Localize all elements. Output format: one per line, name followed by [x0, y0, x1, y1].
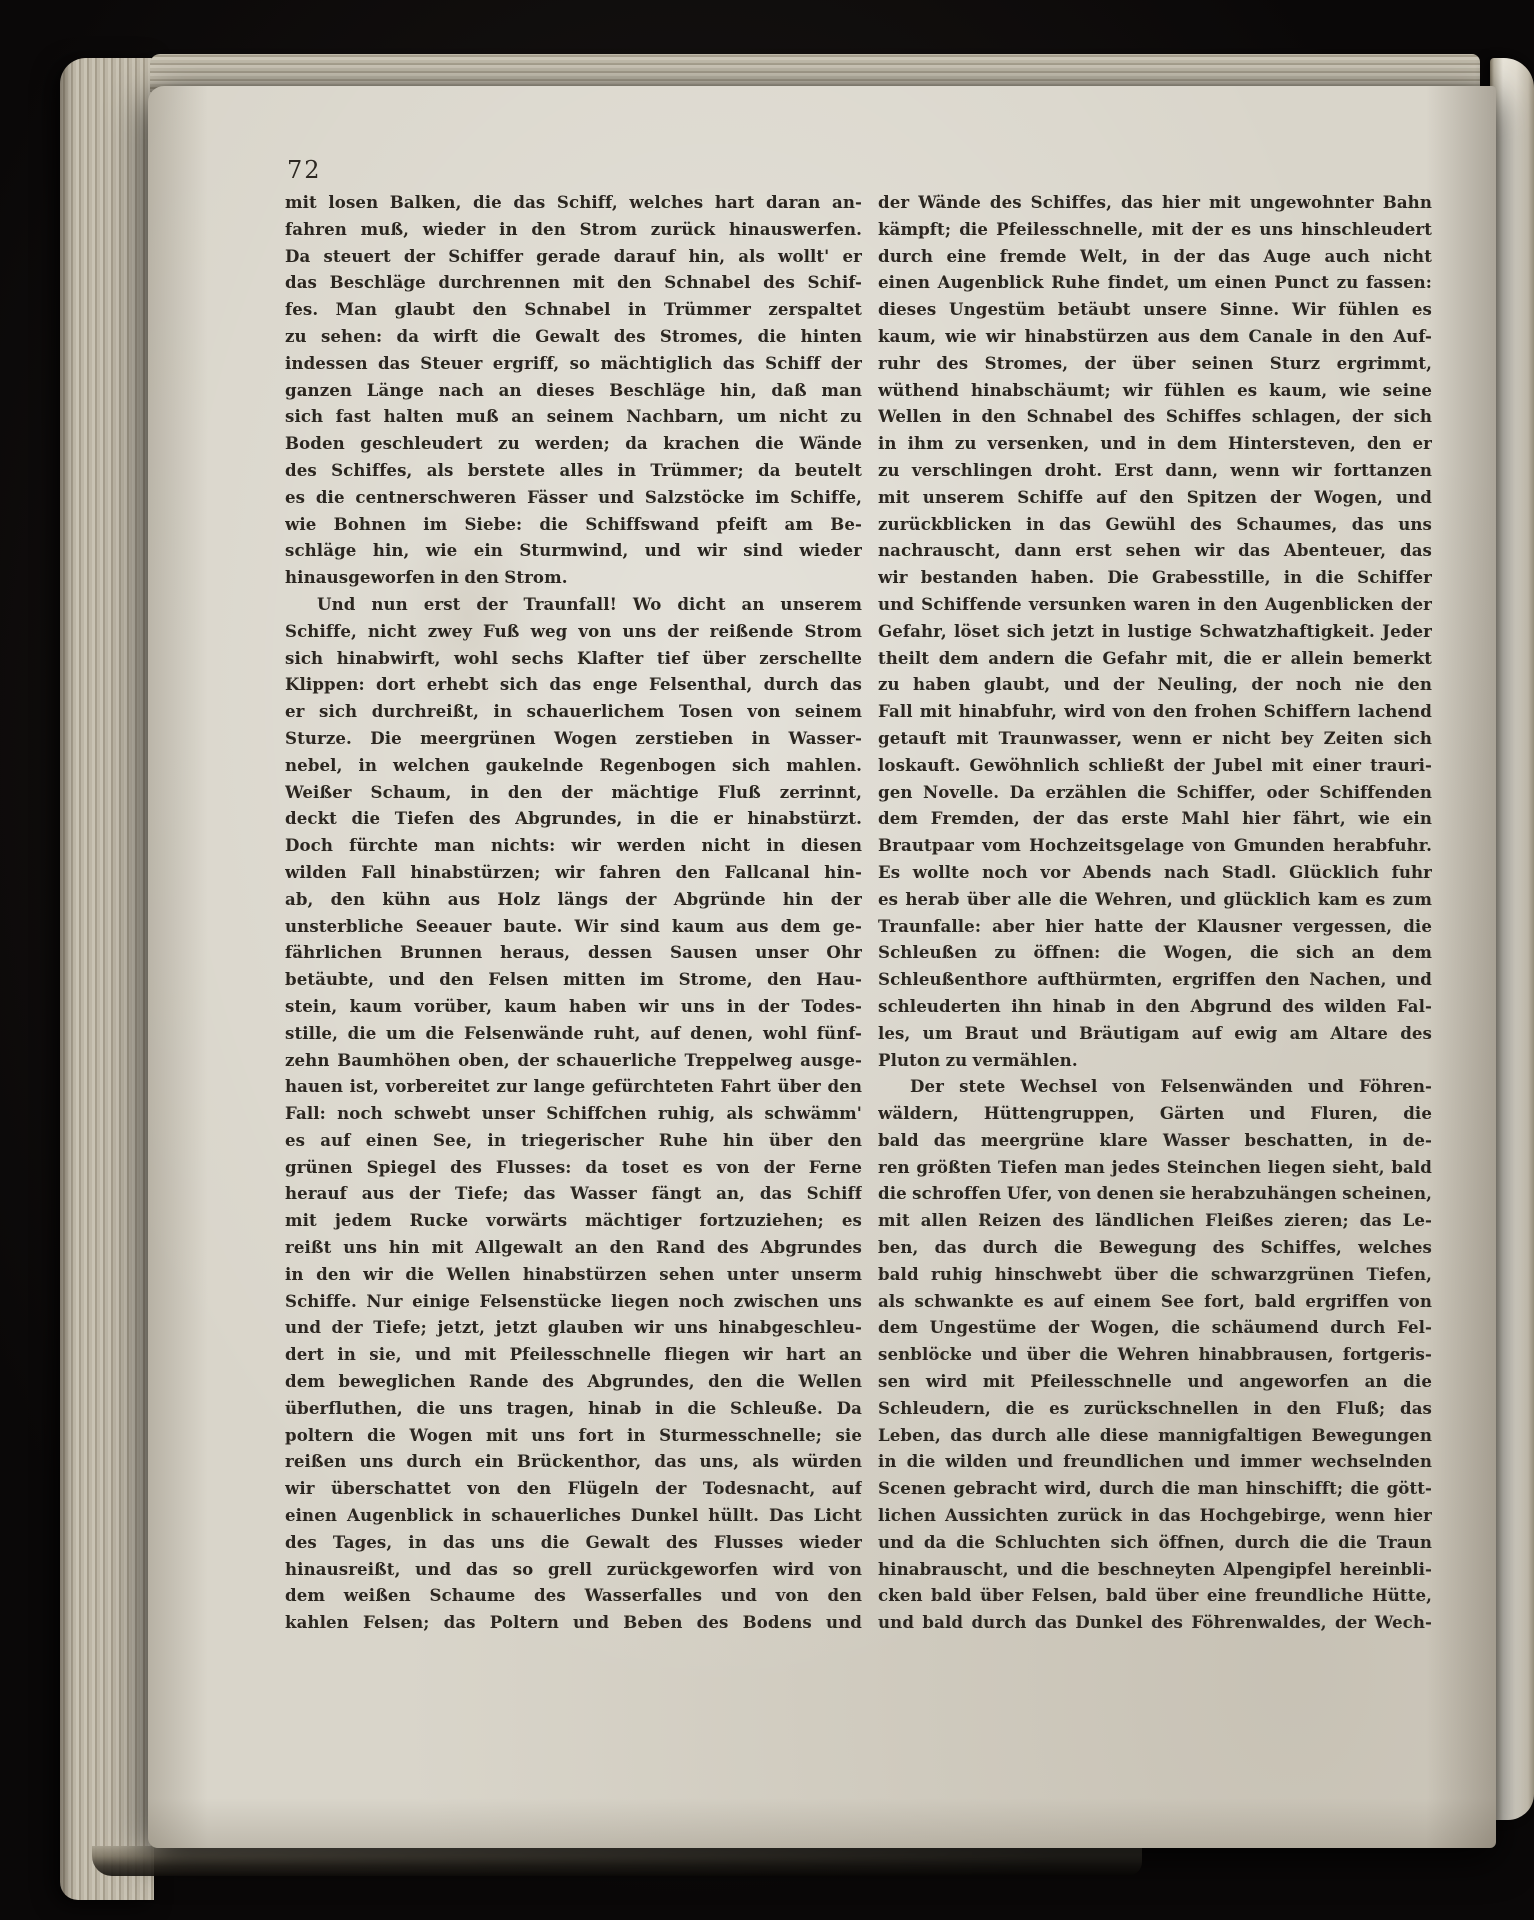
text-line: bald das meergrüne klare Wasser beschatt…: [878, 1127, 1432, 1154]
text-line: es herab über alle die Wehren, und glück…: [878, 886, 1432, 913]
text-line: mit losen Balken, die das Schiff, welche…: [285, 189, 862, 216]
text-line: dem Fremden, der das erste Mahl hier fäh…: [878, 805, 1432, 832]
text-line: sich fast halten muß an seinem Nachbarn,…: [285, 403, 862, 430]
text-line: überfluthen, die uns tragen, hinab in di…: [285, 1395, 862, 1422]
text-line: betäubte, und den Felsen mitten im Strom…: [285, 966, 862, 993]
facing-page-edge: [1490, 58, 1534, 1820]
text-line: kahlen Felsen; das Poltern und Beben des…: [285, 1609, 862, 1636]
text-line: Boden geschleudert zu werden; da krachen…: [285, 430, 862, 457]
text-line: Der stete Wechsel von Felsenwänden und F…: [878, 1073, 1432, 1100]
text-line: zehn Baumhöhen oben, der schauerliche Tr…: [285, 1047, 862, 1074]
text-line: die schroffen Ufer, von denen sie herabz…: [878, 1180, 1432, 1207]
text-line: nachrauscht, dann erst sehen wir das Abe…: [878, 537, 1432, 564]
text-line: Traunfalle: aber hier hatte der Klausner…: [878, 913, 1432, 940]
text-line: wäldern, Hüttengruppen, Gärten und Flure…: [878, 1100, 1432, 1127]
text-line: einen Augenblick in schauerliches Dunkel…: [285, 1502, 862, 1529]
text-line: sich hinabwirft, wohl sechs Klafter tief…: [285, 645, 862, 672]
text-line: fes. Man glaubt den Schnabel in Trümmer …: [285, 296, 862, 323]
text-line: Scenen gebracht wird, durch die man hins…: [878, 1475, 1432, 1502]
text-line: zurückblicken in das Gewühl des Schaumes…: [878, 511, 1432, 538]
text-line: poltern die Wogen mit uns fort in Sturme…: [285, 1422, 862, 1449]
text-line: stein, kaum vorüber, kaum haben wir uns …: [285, 993, 862, 1020]
text-line: Fall: noch schwebt unser Schiffchen ruhi…: [285, 1100, 862, 1127]
text-line: kaum, wie wir hinabstürzen aus dem Canal…: [878, 323, 1432, 350]
text-line: reißen uns durch ein Brückenthor, das un…: [285, 1448, 862, 1475]
text-line: des Schiffes, als berstete alles in Trüm…: [285, 457, 862, 484]
text-line: Weißer Schaum, in den der mächtige Fluß …: [285, 779, 862, 806]
text-line: Und nun erst der Traunfall! Wo dicht an …: [285, 591, 862, 618]
text-line: indessen das Steuer ergriff, so mächtigl…: [285, 350, 862, 377]
text-line: dem beweglichen Rande des Abgrundes, den…: [285, 1368, 862, 1395]
text-line: wüthend hinabschäumt; wir fühlen es kaum…: [878, 377, 1432, 404]
text-line: zu verschlingen droht. Erst dann, wenn w…: [878, 457, 1432, 484]
text-line: fahren muß, wieder in den Strom zurück h…: [285, 216, 862, 243]
text-line: herauf aus der Tiefe; das Wasser fängt a…: [285, 1180, 862, 1207]
text-line: les, um Braut und Bräutigam auf ewig am …: [878, 1020, 1432, 1047]
text-line: in den wir die Wellen hinabstürzen sehen…: [285, 1261, 862, 1288]
text-line: unsterbliche Seeauer baute. Wir sind kau…: [285, 913, 862, 940]
text-line: hinabrauscht, und die beschneyten Alpeng…: [878, 1556, 1432, 1583]
text-line: in die wilden und freundlichen und immer…: [878, 1448, 1432, 1475]
text-column-left: mit losen Balken, die das Schiff, welche…: [285, 189, 862, 1636]
text-line: grünen Spiegel des Flusses: da toset es …: [285, 1154, 862, 1181]
text-line: Schleußen zu öffnen: die Wogen, die sich…: [878, 939, 1432, 966]
text-line: Leben, das durch alle diese mannigfaltig…: [878, 1422, 1432, 1449]
text-line: Schleudern, die es zurückschnellen in de…: [878, 1395, 1432, 1422]
photo-backdrop: 72 mit losen Balken, die das Schiff, wel…: [0, 0, 1534, 1920]
text-line: cken bald über Felsen, bald über eine fr…: [878, 1582, 1432, 1609]
text-line: des Tages, in das uns die Gewalt des Flu…: [285, 1529, 862, 1556]
text-line: Schiffe, nicht zwey Fuß weg von uns der …: [285, 618, 862, 645]
text-line: als schwankte es auf einem See fort, bal…: [878, 1288, 1432, 1315]
text-line: bald ruhig hinschwebt über die schwarzgr…: [878, 1261, 1432, 1288]
text-line: Gefahr, löset sich jetzt in lustige Schw…: [878, 618, 1432, 645]
text-line: Da steuert der Schiffer gerade darauf hi…: [285, 243, 862, 270]
text-line: loskauft. Gewöhnlich schließt der Jubel …: [878, 752, 1432, 779]
text-line: reißt uns hin mit Allgewalt an den Rand …: [285, 1234, 862, 1261]
text-line: wir überschattet von den Flügeln der Tod…: [285, 1475, 862, 1502]
text-line: mit jedem Rucke vorwärts mächtiger fortz…: [285, 1207, 862, 1234]
text-line: Brautpaar vom Hochzeitsgelage von Gmunde…: [878, 832, 1432, 859]
text-line: wir bestanden haben. Die Grabesstille, i…: [878, 564, 1432, 591]
text-line: ruhr des Stromes, der über seinen Sturz …: [878, 350, 1432, 377]
text-line: in ihm zu versenken, und in dem Hinterst…: [878, 430, 1432, 457]
text-line: hinausreißt, und das so grell zurückgewo…: [285, 1556, 862, 1583]
text-line: gen Novelle. Da erzählen die Schiffer, o…: [878, 779, 1432, 806]
text-line: kämpft; die Pfeilesschnelle, mit der es …: [878, 216, 1432, 243]
text-line: es auf einen See, in triegerischer Ruhe …: [285, 1127, 862, 1154]
text-line: dem Ungestüme der Wogen, die schäumend d…: [878, 1314, 1432, 1341]
text-line: schleuderten ihn hinab in den Abgrund de…: [878, 993, 1432, 1020]
text-line: Pluton zu vermählen.: [878, 1047, 1432, 1074]
text-line: dem weißen Schaume des Wasserfalles und …: [285, 1582, 862, 1609]
book-fore-edge-pages: [60, 58, 154, 1900]
text-line: der Wände des Schiffes, das hier mit ung…: [878, 189, 1432, 216]
book-bottom-edge-pages: [92, 1846, 1142, 1876]
text-line: theilt dem andern die Gefahr mit, die er…: [878, 645, 1432, 672]
text-line: Klippen: dort erhebt sich das enge Felse…: [285, 671, 862, 698]
page-number: 72: [287, 156, 322, 184]
text-line: einen Augenblick Ruhe findet, um einen P…: [878, 269, 1432, 296]
text-line: hinausgeworfen in den Strom.: [285, 564, 862, 591]
text-line: Fall mit hinabfuhr, wird von den frohen …: [878, 698, 1432, 725]
text-line: mit allen Reizen des ländlichen Fleißes …: [878, 1207, 1432, 1234]
text-line: und bald durch das Dunkel des Föhrenwald…: [878, 1609, 1432, 1636]
text-line: ab, den kühn aus Holz längs der Abgründe…: [285, 886, 862, 913]
text-line: schläge hin, wie ein Sturmwind, und wir …: [285, 537, 862, 564]
text-line: Es wollte noch vor Abends nach Stadl. Gl…: [878, 859, 1432, 886]
text-line: ganzen Länge nach an dieses Beschläge hi…: [285, 377, 862, 404]
text-line: nebel, in welchen gaukelnde Regenbogen s…: [285, 752, 862, 779]
text-line: Schleußenthore aufthürmten, ergriffen de…: [878, 966, 1432, 993]
text-line: ben, das durch die Bewegung des Schiffes…: [878, 1234, 1432, 1261]
text-line: lichen Aussichten zurück in das Hochgebi…: [878, 1502, 1432, 1529]
text-line: er sich durchreißt, in schauerlichem Tos…: [285, 698, 862, 725]
text-line: senblöcke und über die Wehren hinabbraus…: [878, 1341, 1432, 1368]
text-line: zu sehen: da wirft die Gewalt des Strome…: [285, 323, 862, 350]
text-line: getauft mit Traunwasser, wenn er nicht b…: [878, 725, 1432, 752]
text-line: und der Tiefe; jetzt, jetzt glauben wir …: [285, 1314, 862, 1341]
text-line: wie Bohnen im Siebe: die Schiffswand pfe…: [285, 511, 862, 538]
text-line: ren größten Tiefen man jedes Steinchen l…: [878, 1154, 1432, 1181]
text-line: dert in sie, und mit Pfeilesschnelle fli…: [285, 1341, 862, 1368]
text-line: fährlichen Brunnen heraus, dessen Sausen…: [285, 939, 862, 966]
text-line: Doch fürchte man nichts: wir werden nich…: [285, 832, 862, 859]
text-line: stille, die um die Felsenwände ruht, auf…: [285, 1020, 862, 1047]
text-line: sen wird mit Pfeilesschnelle und angewor…: [878, 1368, 1432, 1395]
text-line: zu haben glaubt, und der Neuling, der no…: [878, 671, 1432, 698]
text-line: das Beschläge durchrennen mit den Schnab…: [285, 269, 862, 296]
text-line: Sturze. Die meergrünen Wogen zerstieben …: [285, 725, 862, 752]
text-line: deckt die Tiefen des Abgrundes, in die e…: [285, 805, 862, 832]
text-column-right: der Wände des Schiffes, das hier mit ung…: [878, 189, 1432, 1636]
text-line: durch eine fremde Welt, in der das Auge …: [878, 243, 1432, 270]
text-line: und Schiffende versunken waren in den Au…: [878, 591, 1432, 618]
text-line: Wellen in den Schnabel des Schiffes schl…: [878, 403, 1432, 430]
text-line: hauen ist, vorbereitet zur lange gefürch…: [285, 1073, 862, 1100]
text-line: und da die Schluchten sich öffnen, durch…: [878, 1529, 1432, 1556]
text-line: wilden Fall hinabstürzen; wir fahren den…: [285, 859, 862, 886]
text-line: dieses Ungestüm betäubt unsere Sinne. Wi…: [878, 296, 1432, 323]
text-line: mit unserem Schiffe auf den Spitzen der …: [878, 484, 1432, 511]
text-line: Schiffe. Nur einige Felsenstücke liegen …: [285, 1288, 862, 1315]
text-line: es die centnerschweren Fässer und Salzst…: [285, 484, 862, 511]
